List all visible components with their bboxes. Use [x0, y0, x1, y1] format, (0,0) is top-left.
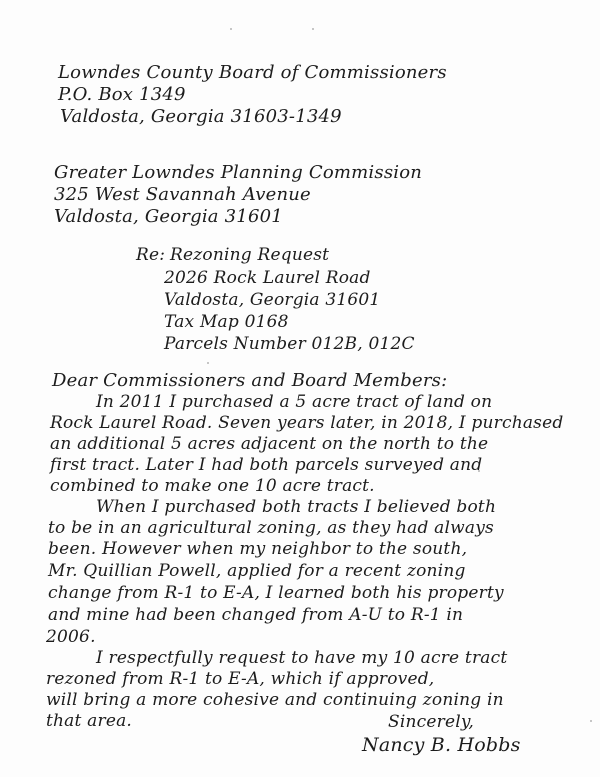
body-line: When I purchased both tracts I believed …: [96, 497, 496, 517]
body-line: In 2011 I purchased a 5 acre tract of la…: [96, 392, 492, 412]
body-line: an additional 5 acres adjacent on the no…: [50, 434, 488, 454]
scan-speck: [230, 28, 232, 30]
closing: Sincerely,: [388, 712, 474, 732]
body-line: Mr. Quillian Powell, applied for a recen…: [48, 561, 466, 581]
recipient-2-name: Greater Lowndes Planning Commission: [54, 162, 422, 183]
salutation: Dear Commissioners and Board Members:: [52, 370, 447, 391]
body-line: been. However when my neighbor to the so…: [48, 539, 467, 559]
body-line: and mine had been changed from A-U to R-…: [48, 605, 463, 625]
scanned-letter-page: Lowndes County Board of Commissioners P.…: [0, 0, 600, 777]
recipient-1-city: Valdosta, Georgia 31603-1349: [60, 106, 342, 127]
reference-tax-map: Tax Map 0168: [164, 312, 289, 332]
reference-property-address: 2026 Rock Laurel Road: [164, 268, 371, 288]
recipient-1-po-box: P.O. Box 1349: [58, 84, 186, 105]
signature: Nancy B. Hobbs: [362, 734, 521, 756]
body-line: I respectfully request to have my 10 acr…: [96, 648, 507, 668]
body-line: first tract. Later I had both parcels su…: [50, 455, 482, 475]
body-line: combined to make one 10 acre tract.: [50, 476, 375, 496]
body-line: rezoned from R-1 to E-A, which if approv…: [46, 669, 434, 689]
reference-parcel-number: Parcels Number 012B, 012C: [164, 334, 415, 354]
reference-prefix: Re:: [136, 245, 165, 265]
body-line: change from R-1 to E-A, I learned both h…: [48, 583, 504, 603]
body-line: that area.: [46, 711, 132, 731]
reference-subject: Rezoning Request: [170, 245, 329, 265]
scan-speck: [312, 28, 314, 30]
body-line: Rock Laurel Road. Seven years later, in …: [50, 413, 563, 433]
scan-speck: [207, 362, 209, 364]
body-line: will bring a more cohesive and continuin…: [46, 690, 504, 710]
reference-property-city: Valdosta, Georgia 31601: [164, 290, 380, 310]
body-line: to be in an agricultural zoning, as they…: [48, 518, 494, 538]
recipient-2-street: 325 West Savannah Avenue: [54, 184, 311, 205]
recipient-2-city: Valdosta, Georgia 31601: [54, 206, 283, 227]
body-line: 2006.: [46, 627, 96, 647]
recipient-1-name: Lowndes County Board of Commissioners: [58, 62, 447, 83]
scan-speck: [478, 470, 480, 472]
scan-speck: [590, 720, 592, 722]
